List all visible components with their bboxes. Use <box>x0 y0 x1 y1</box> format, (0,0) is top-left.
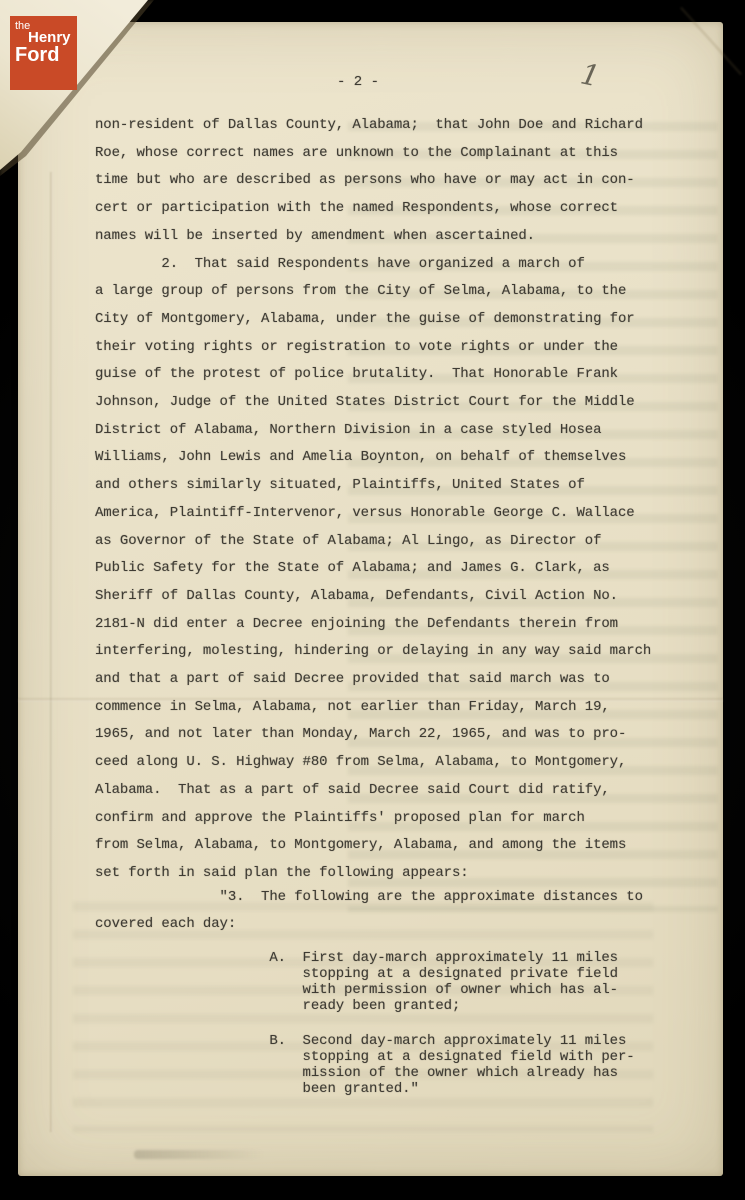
text-line: ceed along U. S. Highway #80 from Selma,… <box>95 749 680 777</box>
henry-ford-logo: the Henry Ford <box>10 16 77 90</box>
text-line: ready been granted; <box>95 998 680 1014</box>
text-line: been granted." <box>95 1081 680 1097</box>
typewritten-body: non-resident of Dallas County, Alabama; … <box>95 112 680 1097</box>
text-line: 1965, and not later than Monday, March 2… <box>95 721 680 749</box>
text-line: covered each day: <box>95 911 680 939</box>
document-page: - 2 - 1 non-resident of Dallas County, A… <box>18 22 723 1176</box>
logo-word-henry: Henry <box>28 31 77 45</box>
quoted-plan-intro: "3. The following are the approximate di… <box>95 884 680 939</box>
corner-crease <box>680 7 742 75</box>
faint-pencil-mark <box>134 1150 264 1159</box>
text-line: America, Plaintiff-Intervenor, versus Ho… <box>95 500 680 528</box>
text-line: with permission of owner which has al- <box>95 982 680 998</box>
text-line: their voting rights or registration to v… <box>95 334 680 362</box>
text-line: time but who are described as persons wh… <box>95 167 680 195</box>
text-line: 2181-N did enter a Decree enjoining the … <box>95 611 680 639</box>
text-line: Alabama. That as a part of said Decree s… <box>95 777 680 805</box>
text-line: confirm and approve the Plaintiffs' prop… <box>95 805 680 833</box>
text-line: Roe, whose correct names are unknown to … <box>95 140 680 168</box>
list-item-a: A. First day-march approximately 11 mile… <box>95 950 680 1014</box>
text-line: a large group of persons from the City o… <box>95 278 680 306</box>
text-line: Sheriff of Dallas County, Alabama, Defen… <box>95 583 680 611</box>
text-line: guise of the protest of police brutality… <box>95 361 680 389</box>
text-line: as Governor of the State of Alabama; Al … <box>95 528 680 556</box>
text-line: mission of the owner which already has <box>95 1065 680 1081</box>
text-line: City of Montgomery, Alabama, under the g… <box>95 306 680 334</box>
text-line: cert or participation with the named Res… <box>95 195 680 223</box>
text-line: interfering, molesting, hindering or del… <box>95 638 680 666</box>
photo-background: - 2 - 1 non-resident of Dallas County, A… <box>0 0 745 1200</box>
text-line: Williams, John Lewis and Amelia Boynton,… <box>95 444 680 472</box>
text-line: stopping at a designated field with per- <box>95 1049 680 1065</box>
paragraph-2: 2. That said Respondents have organized … <box>95 251 680 888</box>
text-line: stopping at a designated private field <box>95 966 680 982</box>
text-line: commence in Selma, Alabama, not earlier … <box>95 694 680 722</box>
page-number: - 2 - <box>337 74 379 90</box>
text-line: and others similarly situated, Plaintiff… <box>95 472 680 500</box>
text-line: District of Alabama, Northern Division i… <box>95 417 680 445</box>
text-line: B. Second day-march approximately 11 mil… <box>95 1033 680 1049</box>
text-line: and that a part of said Decree provided … <box>95 666 680 694</box>
text-line: 2. That said Respondents have organized … <box>95 251 680 279</box>
text-line: A. First day-march approximately 11 mile… <box>95 950 680 966</box>
logo-word-ford: Ford <box>15 46 77 65</box>
list-item-b: B. Second day-march approximately 11 mil… <box>95 1033 680 1097</box>
text-line: names will be inserted by amendment when… <box>95 223 680 251</box>
vertical-crease <box>50 172 53 1132</box>
text-line: "3. The following are the approximate di… <box>95 884 680 912</box>
handwritten-mark: 1 <box>578 56 603 93</box>
text-line: Johnson, Judge of the United States Dist… <box>95 389 680 417</box>
text-line: non-resident of Dallas County, Alabama; … <box>95 112 680 140</box>
text-line: from Selma, Alabama, to Montgomery, Alab… <box>95 832 680 860</box>
text-line: Public Safety for the State of Alabama; … <box>95 555 680 583</box>
paragraph-1: non-resident of Dallas County, Alabama; … <box>95 112 680 251</box>
